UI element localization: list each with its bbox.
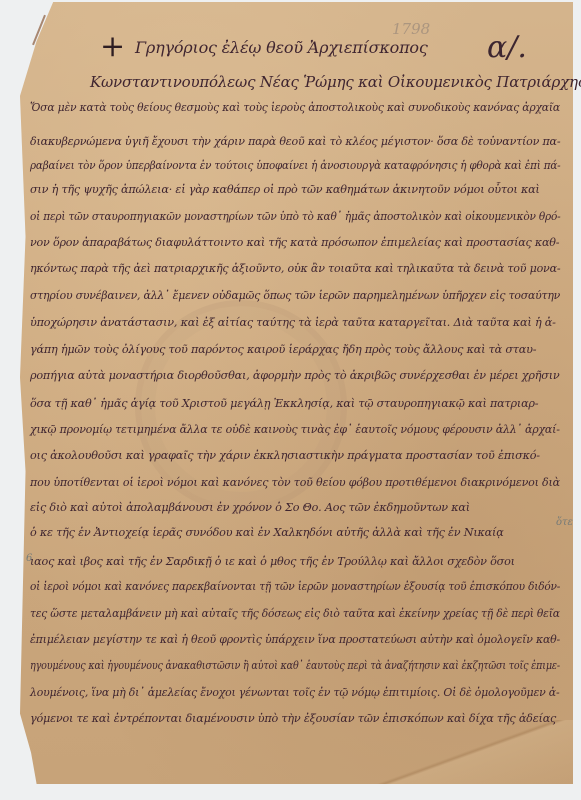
body-line: σιν ἡ τῆς ψυχῆς ἀπώλεια· εἰ γὰρ καθάπερ … <box>30 183 540 196</box>
body-line: χικῷ προνομίῳ τετιμημένα ἄλλα τε οὐδὲ κα… <box>30 423 560 436</box>
body-line: ὅσα τῇ καθ᾿ ἡμᾶς ἁγίᾳ τοῦ Χριστοῦ μεγάλῃ… <box>30 397 538 410</box>
header-line-1: Γρηγόριος ἐλέῳ θεοῦ Ἀρχιεπίσκοπος <box>135 38 428 57</box>
body-line: εἰς διὸ καὶ αὐτοὶ ἀπολαμβάνουσι ἐν χρόνο… <box>30 501 470 514</box>
body-line: οἱ περὶ τῶν σταυροπηγιακῶν μοναστηρίων τ… <box>30 210 560 223</box>
body-line: ροπήγια αὐτὰ μοναστήρια διορθοῦσθαι, ἀφο… <box>30 369 559 382</box>
folio-mark: α/. <box>487 30 527 65</box>
body-line: ιαος καὶ ιβος καὶ τῆς ἐν Σαρδικῇ ὁ ιε κα… <box>30 555 515 568</box>
body-line: ηκόντως παρὰ τῆς ἀεὶ πατριαρχικῆς ἀξιοῦν… <box>30 262 560 275</box>
body-line: ἐπιμέλειαν μεγίστην τε καὶ ἡ θεοῦ φροντὶ… <box>30 633 560 646</box>
body-line: ραβαίνει τὸν ὅρον ὑπερβαίνοντα ἐν τούτοι… <box>30 159 560 172</box>
body-line: γόμενοι τε καὶ ἐντρέπονται διαμένουσιν ὑ… <box>30 712 556 725</box>
body-line: οἱ ἱεροὶ νόμοι καὶ κανόνες παρεκβαίνοντα… <box>30 580 560 593</box>
body-line: τες ὥστε μεταλαμβάνειν μὴ καὶ αὐταῖς τῆς… <box>30 607 560 620</box>
header-line-2: Κωνσταντινουπόλεως Νέας Ῥώμης καὶ Οἰκουμ… <box>90 73 581 91</box>
body-line: νον ὅρον ἀπαραβάτως διαφυλάττοιντο καὶ τ… <box>30 236 559 249</box>
margin-note-right: ὅτε <box>556 517 573 528</box>
body-line: οις ἀκολουθοῦσι καὶ γραφαῖς τὴν χάριν ἐκ… <box>30 449 540 462</box>
archive-number: 1798 <box>392 20 430 38</box>
body-line: ηγουμένους καὶ ἡγουμένους ἀνακαθιστῶσιν … <box>30 659 560 672</box>
body-line: λουμένοις, ἵνα μὴ δι᾿ ἀμελείας ἔνοχοι γέ… <box>30 686 559 699</box>
body-line: ὁ κε τῆς ἐν Ἀντιοχείᾳ ἱερᾶς συνόδου καὶ … <box>30 526 504 539</box>
body-line: Ὅσα μὲν κατὰ τοὺς θείους θεσμοὺς καὶ τοὺ… <box>30 101 560 114</box>
body-line: στηρίου συνέβαινεν, ἀλλ᾿ ἔμενεν οὐδαμῶς … <box>30 289 560 302</box>
cross-icon: + <box>100 32 125 62</box>
body-line: ὑποχώρησιν ἀνατάστασιν, καὶ ἐξ αἰτίας τα… <box>30 316 556 329</box>
body-line: γάπη ἡμῶν τοὺς ὀλίγους τοῦ παρόντος καιρ… <box>30 343 536 356</box>
margin-note-left: 6 <box>26 553 32 564</box>
body-line: που ὑποτίθενται οἱ ἱεροὶ νόμοι καὶ κανόν… <box>30 476 560 489</box>
body-line: διακυβερνώμενα ὑγιῆ ἔχουσι τὴν χάριν παρ… <box>30 135 560 148</box>
